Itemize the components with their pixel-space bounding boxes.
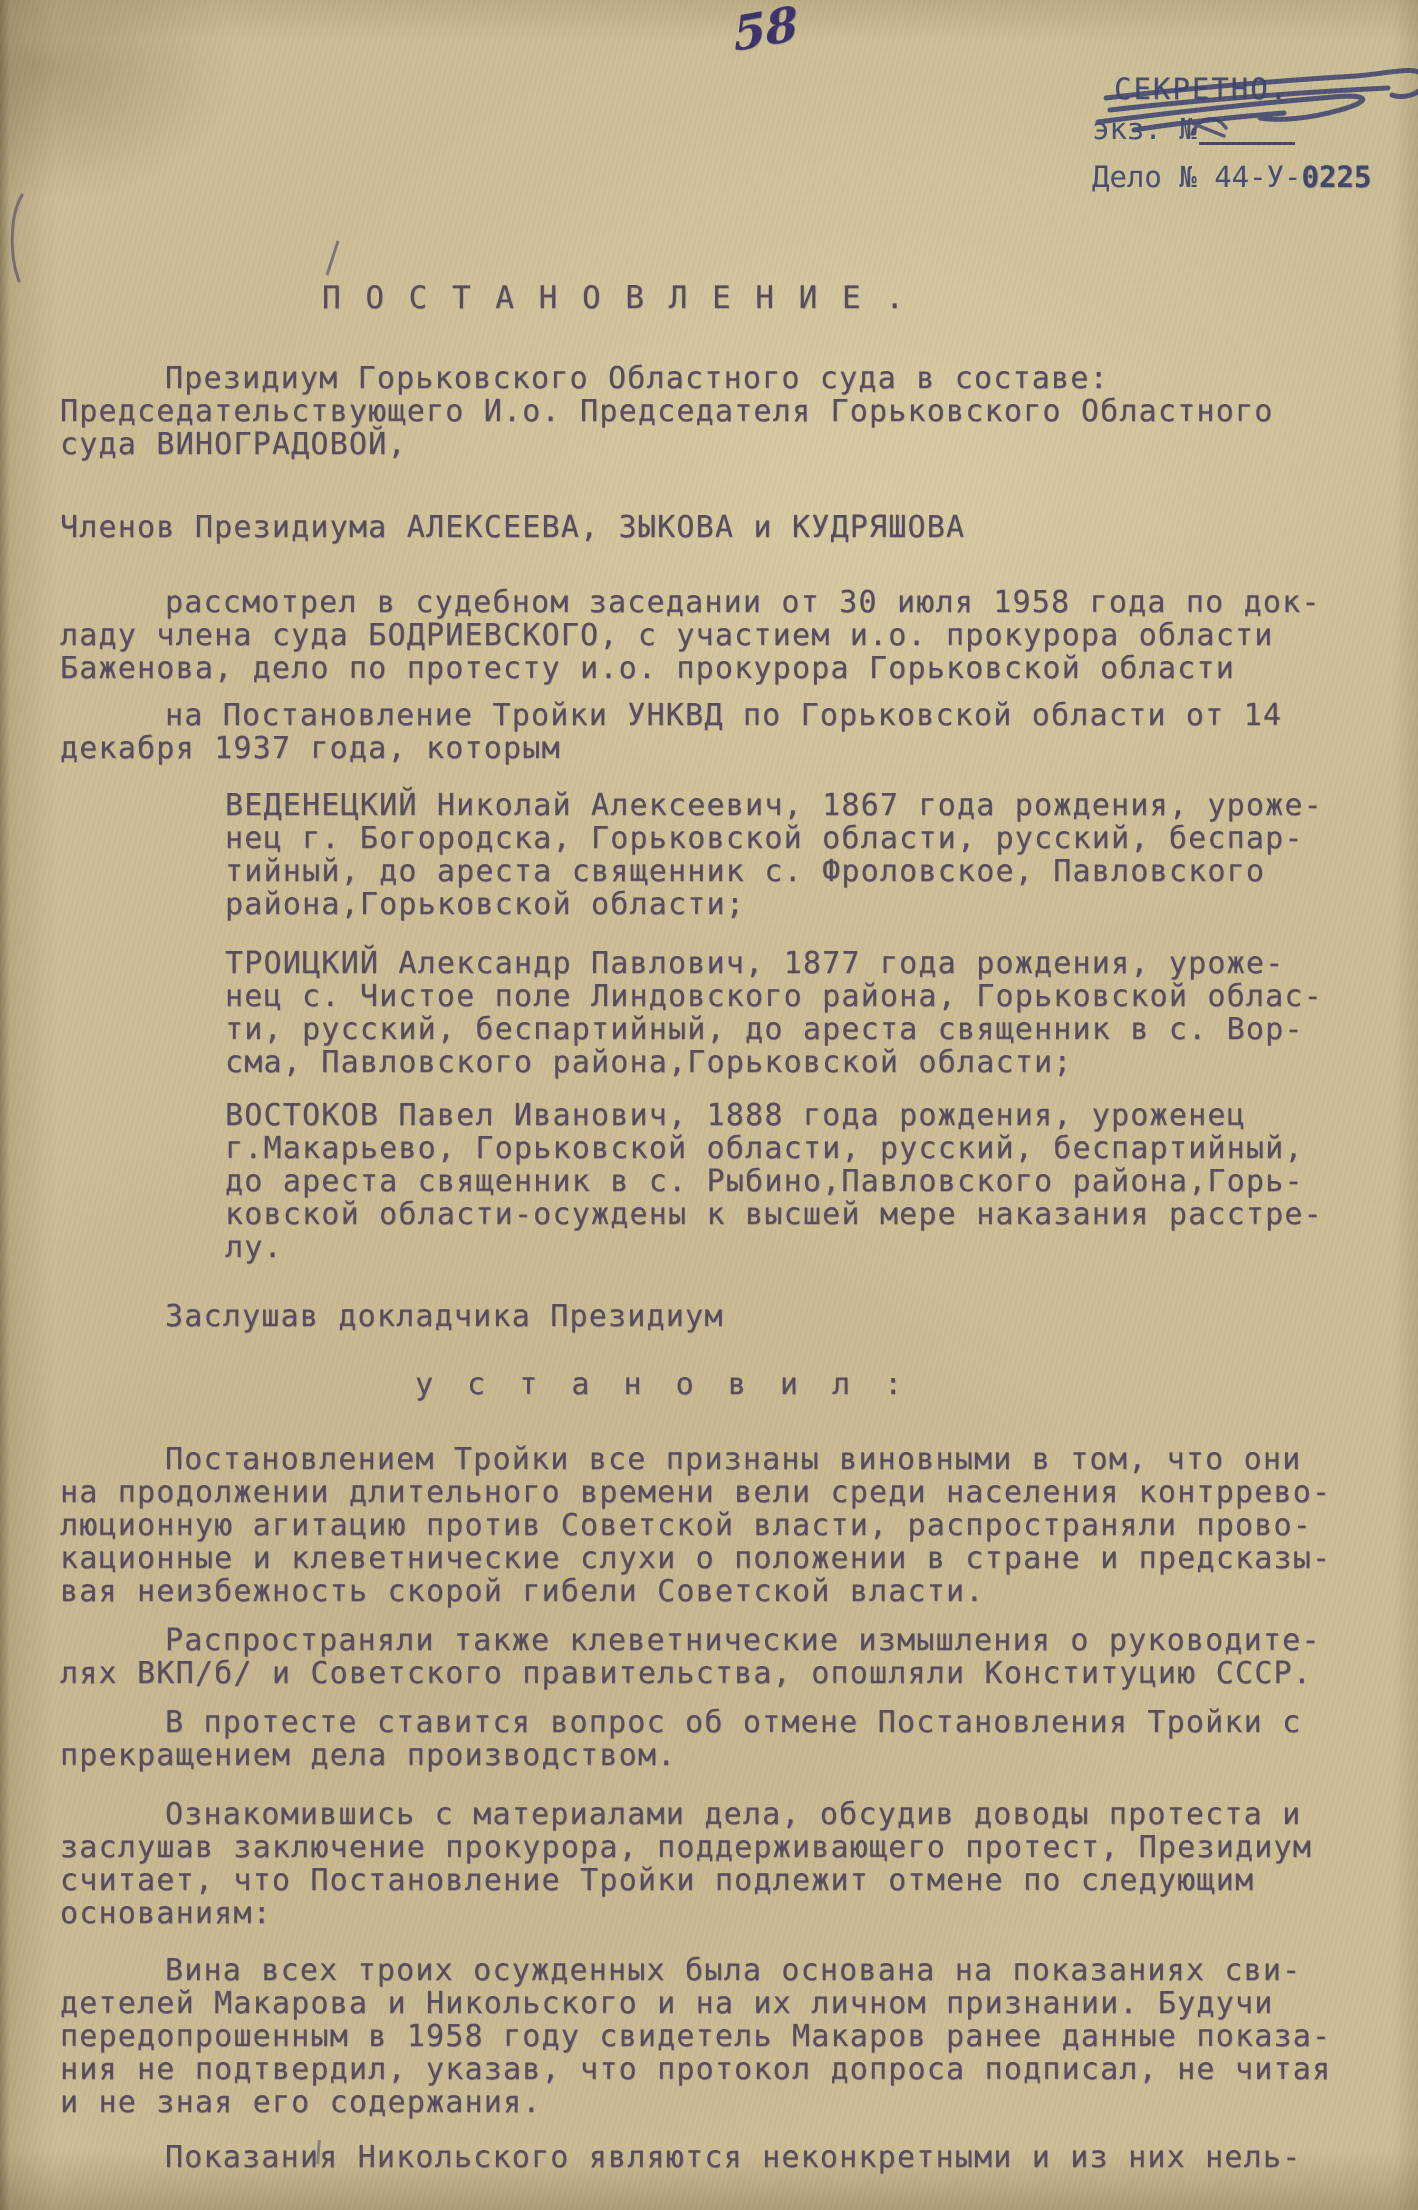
text-line: суда ВИНОГРАДОВОЙ, — [60, 428, 1408, 461]
pen-mark-near-title — [326, 240, 340, 275]
text-line: Баженова, дело по протесту и.о. прокурор… — [60, 652, 1408, 685]
text-line: ковской области-осуждены к высшей мере н… — [225, 1198, 1408, 1231]
paragraph-vostokov: ВОСТОКОВ Павел Иванович, 1888 года рожде… — [225, 1099, 1408, 1264]
paragraph-troika-decision: на Постановление Тройки УНКВД по Горьков… — [60, 699, 1408, 765]
paragraph-protest: В протесте ставится вопрос об отмене Пос… — [60, 1706, 1408, 1772]
text-line: района,Горьковской области; — [225, 888, 1408, 921]
paragraph-rapporteur: Заслушав докладчика Президиум — [60, 1300, 1408, 1333]
text-line: Показания Никольского являются неконкрет… — [60, 2141, 1408, 2174]
case-number-suffix: 0225 — [1302, 160, 1372, 194]
text-line: Постановлением Тройки все признаны винов… — [60, 1443, 1408, 1476]
subheading-ustanovil: у с т а н о в и л : — [60, 1367, 1408, 1403]
text-line: на продолжении длительного времени вели … — [60, 1476, 1408, 1509]
text-line: Президиум Горьковского Областного суда в… — [60, 362, 1408, 395]
secrecy-stamp: СЕКРЕТНО. — [1114, 72, 1289, 106]
text-line: лу. — [225, 1231, 1408, 1264]
secrecy-stamp-label: СЕКРЕТНО. — [1114, 72, 1289, 106]
stamp-block: СЕКРЕТНО. экз. № Дело № 44-У-0225 — [1092, 72, 1418, 194]
text-line: Ознакомившись с материалами дела, обсуди… — [60, 1798, 1408, 1831]
copy-number-label: экз. № — [1092, 112, 1197, 146]
text-line: считает, что Постановление Тройки подлеж… — [60, 1864, 1408, 1897]
text-line: рассмотрел в судебном заседании от 30 ию… — [60, 586, 1408, 619]
text-line: заслушав заключение прокурора, поддержив… — [60, 1831, 1408, 1864]
handwritten-page-number: 58 — [732, 0, 800, 63]
text-line: г.Макарьево, Горьковской области, русски… — [225, 1132, 1408, 1165]
document-body: Президиум Горьковского Областного суда в… — [60, 362, 1408, 2174]
text-line: сма, Павловского района,Горьковской обла… — [225, 1046, 1408, 1079]
text-line: нец с. Чистое поле Линдовского района, Г… — [225, 980, 1408, 1013]
text-line: ВЕДЕНЕЦКИЙ Николай Алексеевич, 1867 года… — [225, 789, 1408, 822]
scanned-document-page: 58 СЕКРЕТНО. экз. № — [0, 0, 1418, 2210]
paragraph-composition: Президиум Горьковского Областного суда в… — [60, 362, 1408, 461]
text-line: вая неизбежность скорой гибели Советской… — [60, 1575, 1408, 1608]
paragraph-session: рассмотрел в судебном заседании от 30 ию… — [60, 586, 1408, 685]
text-line: Заслушав докладчика Президиум — [60, 1300, 1408, 1333]
text-line: до ареста священник в с. Рыбино,Павловск… — [225, 1165, 1408, 1198]
text-line: передопрошенным в 1958 году свидетель Ма… — [60, 2020, 1408, 2053]
text-line: Председательствующего И.о. Председателя … — [60, 395, 1408, 428]
text-line: ти, русский, беспартийный, до ареста свя… — [225, 1013, 1408, 1046]
copy-number-row: экз. № — [1092, 112, 1418, 146]
case-number-prefix: Дело № 44-У- — [1092, 160, 1302, 194]
text-line: ния не подтвердил, указав, что протокол … — [60, 2053, 1408, 2086]
text-line: декабря 1937 года, которым — [60, 732, 1408, 765]
text-line: нец г. Богородска, Горьковской области, … — [225, 822, 1408, 855]
paragraph-guilt-evidence: Вина всех троих осужденных была основана… — [60, 1954, 1408, 2119]
document-title: П О С Т А Н О В Л Е Н И Е . — [322, 280, 907, 316]
text-line: прекращением дела производством. — [60, 1739, 1408, 1772]
text-line: лях ВКП/б/ и Советского правительства, о… — [60, 1657, 1408, 1690]
paragraph-members: Членов Президиума АЛЕКСЕЕВА, ЗЫКОВА и КУ… — [60, 511, 1408, 544]
text-line: Распространяли также клеветнические измы… — [60, 1624, 1408, 1657]
text-line: детелей Макарова и Никольского и на их л… — [60, 1987, 1408, 2020]
case-number: Дело № 44-У-0225 — [1092, 160, 1418, 194]
text-line: В протесте ставится вопрос об отмене Пос… — [60, 1706, 1408, 1739]
pen-mark-left-margin — [4, 192, 30, 284]
text-line: Вина всех троих осужденных была основана… — [60, 1954, 1408, 1987]
paragraph-review: Ознакомившись с материалами дела, обсуди… — [60, 1798, 1408, 1930]
text-line: кационные и клеветнические слухи о полож… — [60, 1542, 1408, 1575]
paragraph-troitsky: ТРОИЦКИЙ Александр Павлович, 1877 года р… — [225, 947, 1408, 1079]
text-line: ТРОИЦКИЙ Александр Павлович, 1877 года р… — [225, 947, 1408, 980]
paragraph-nikolsky-testimony: Показания Никольского являются неконкрет… — [60, 2141, 1408, 2174]
text-line: на Постановление Тройки УНКВД по Горьков… — [60, 699, 1408, 732]
text-line: ладу члена суда БОДРИЕВСКОГО, с участием… — [60, 619, 1408, 652]
text-line: тийный, до ареста священник с. Фроловско… — [225, 855, 1408, 888]
paragraph-vedenetsky: ВЕДЕНЕЦКИЙ Николай Алексеевич, 1867 года… — [225, 789, 1408, 921]
text-line: люционную агитацию против Советской влас… — [60, 1509, 1408, 1542]
text-line: основаниям: — [60, 1897, 1408, 1930]
copy-number-blank-line — [1199, 142, 1295, 145]
paragraph-slander: Распространяли также клеветнические измы… — [60, 1624, 1408, 1690]
text-line: и не зная его содержания. — [60, 2086, 1408, 2119]
text-line: Членов Президиума АЛЕКСЕЕВА, ЗЫКОВА и КУ… — [60, 511, 1408, 544]
text-line: у с т а н о в и л : — [415, 1367, 1408, 1403]
text-line: ВОСТОКОВ Павел Иванович, 1888 года рожде… — [225, 1099, 1408, 1132]
paragraph-accusation: Постановлением Тройки все признаны винов… — [60, 1443, 1408, 1608]
